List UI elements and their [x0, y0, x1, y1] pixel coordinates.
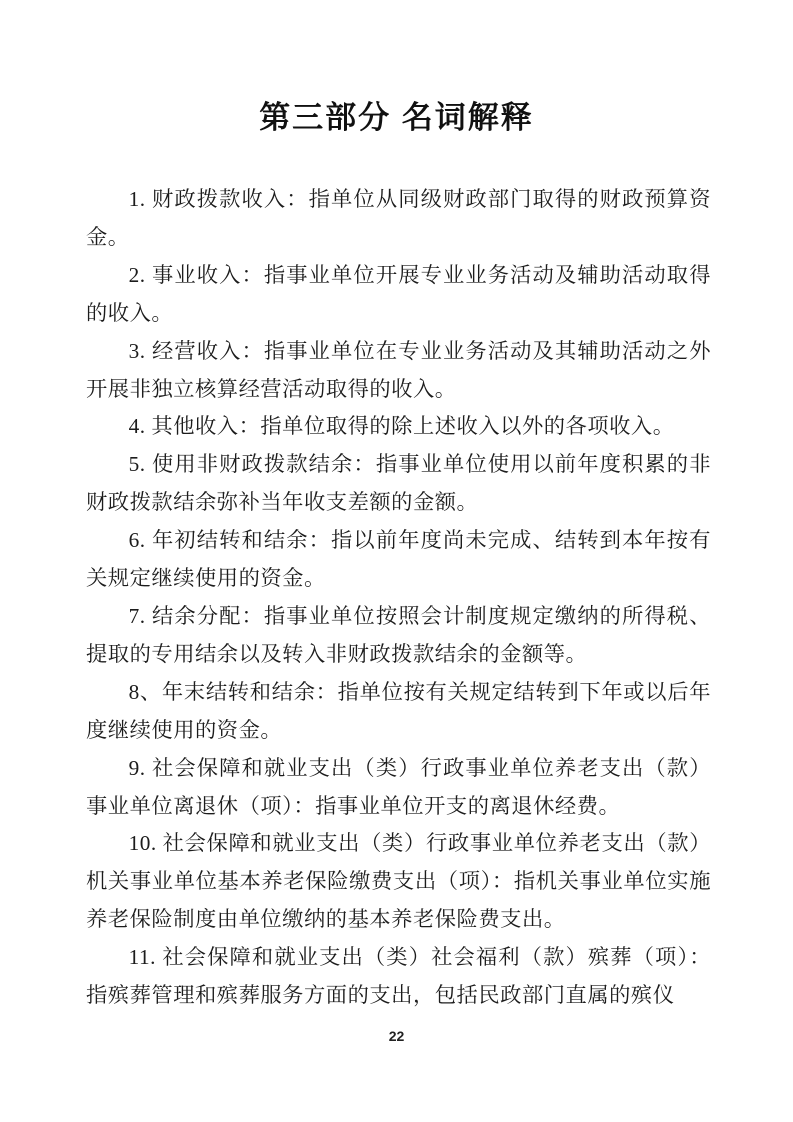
document-page: 第三部分 名词解释 1. 财政拨款收入：指单位从同级财政部门取得的财政预算资金。…: [0, 0, 793, 1122]
paragraph-10: 10. 社会保障和就业支出（类）行政事业单位养老支出（款）机关事业单位基本养老保…: [86, 825, 711, 939]
paragraph-6: 6. 年初结转和结余：指以前年度尚未完成、结转到本年按有关规定继续使用的资金。: [86, 522, 711, 598]
paragraph-4: 4. 其他收入：指单位取得的除上述收入以外的各项收入。: [86, 408, 711, 446]
paragraph-11: 11. 社会保障和就业支出（类）社会福利（款）殡葬（项）：指殡葬管理和殡葬服务方…: [86, 939, 711, 1015]
paragraph-8: 8、年末结转和结余：指单位按有关规定结转到下年或以后年度继续使用的资金。: [86, 674, 711, 750]
page-title: 第三部分 名词解释: [0, 92, 793, 137]
paragraph-1: 1. 财政拨款收入：指单位从同级财政部门取得的财政预算资金。: [86, 181, 711, 257]
page-number: 22: [0, 1028, 793, 1044]
paragraph-5: 5. 使用非财政拨款结余：指事业单位使用以前年度积累的非财政拨款结余弥补当年收支…: [86, 446, 711, 522]
paragraph-3: 3. 经营收入：指事业单位在专业业务活动及其辅助活动之外开展非独立核算经营活动取…: [86, 333, 711, 409]
body-text: 1. 财政拨款收入：指单位从同级财政部门取得的财政预算资金。 2. 事业收入：指…: [86, 181, 711, 1015]
paragraph-7: 7. 结余分配：指事业单位按照会计制度规定缴纳的所得税、提取的专用结余以及转入非…: [86, 598, 711, 674]
paragraph-2: 2. 事业收入：指事业单位开展专业业务活动及辅助活动取得的收入。: [86, 257, 711, 333]
paragraph-9: 9. 社会保障和就业支出（类）行政事业单位养老支出（款）事业单位离退休（项）：指…: [86, 750, 711, 826]
